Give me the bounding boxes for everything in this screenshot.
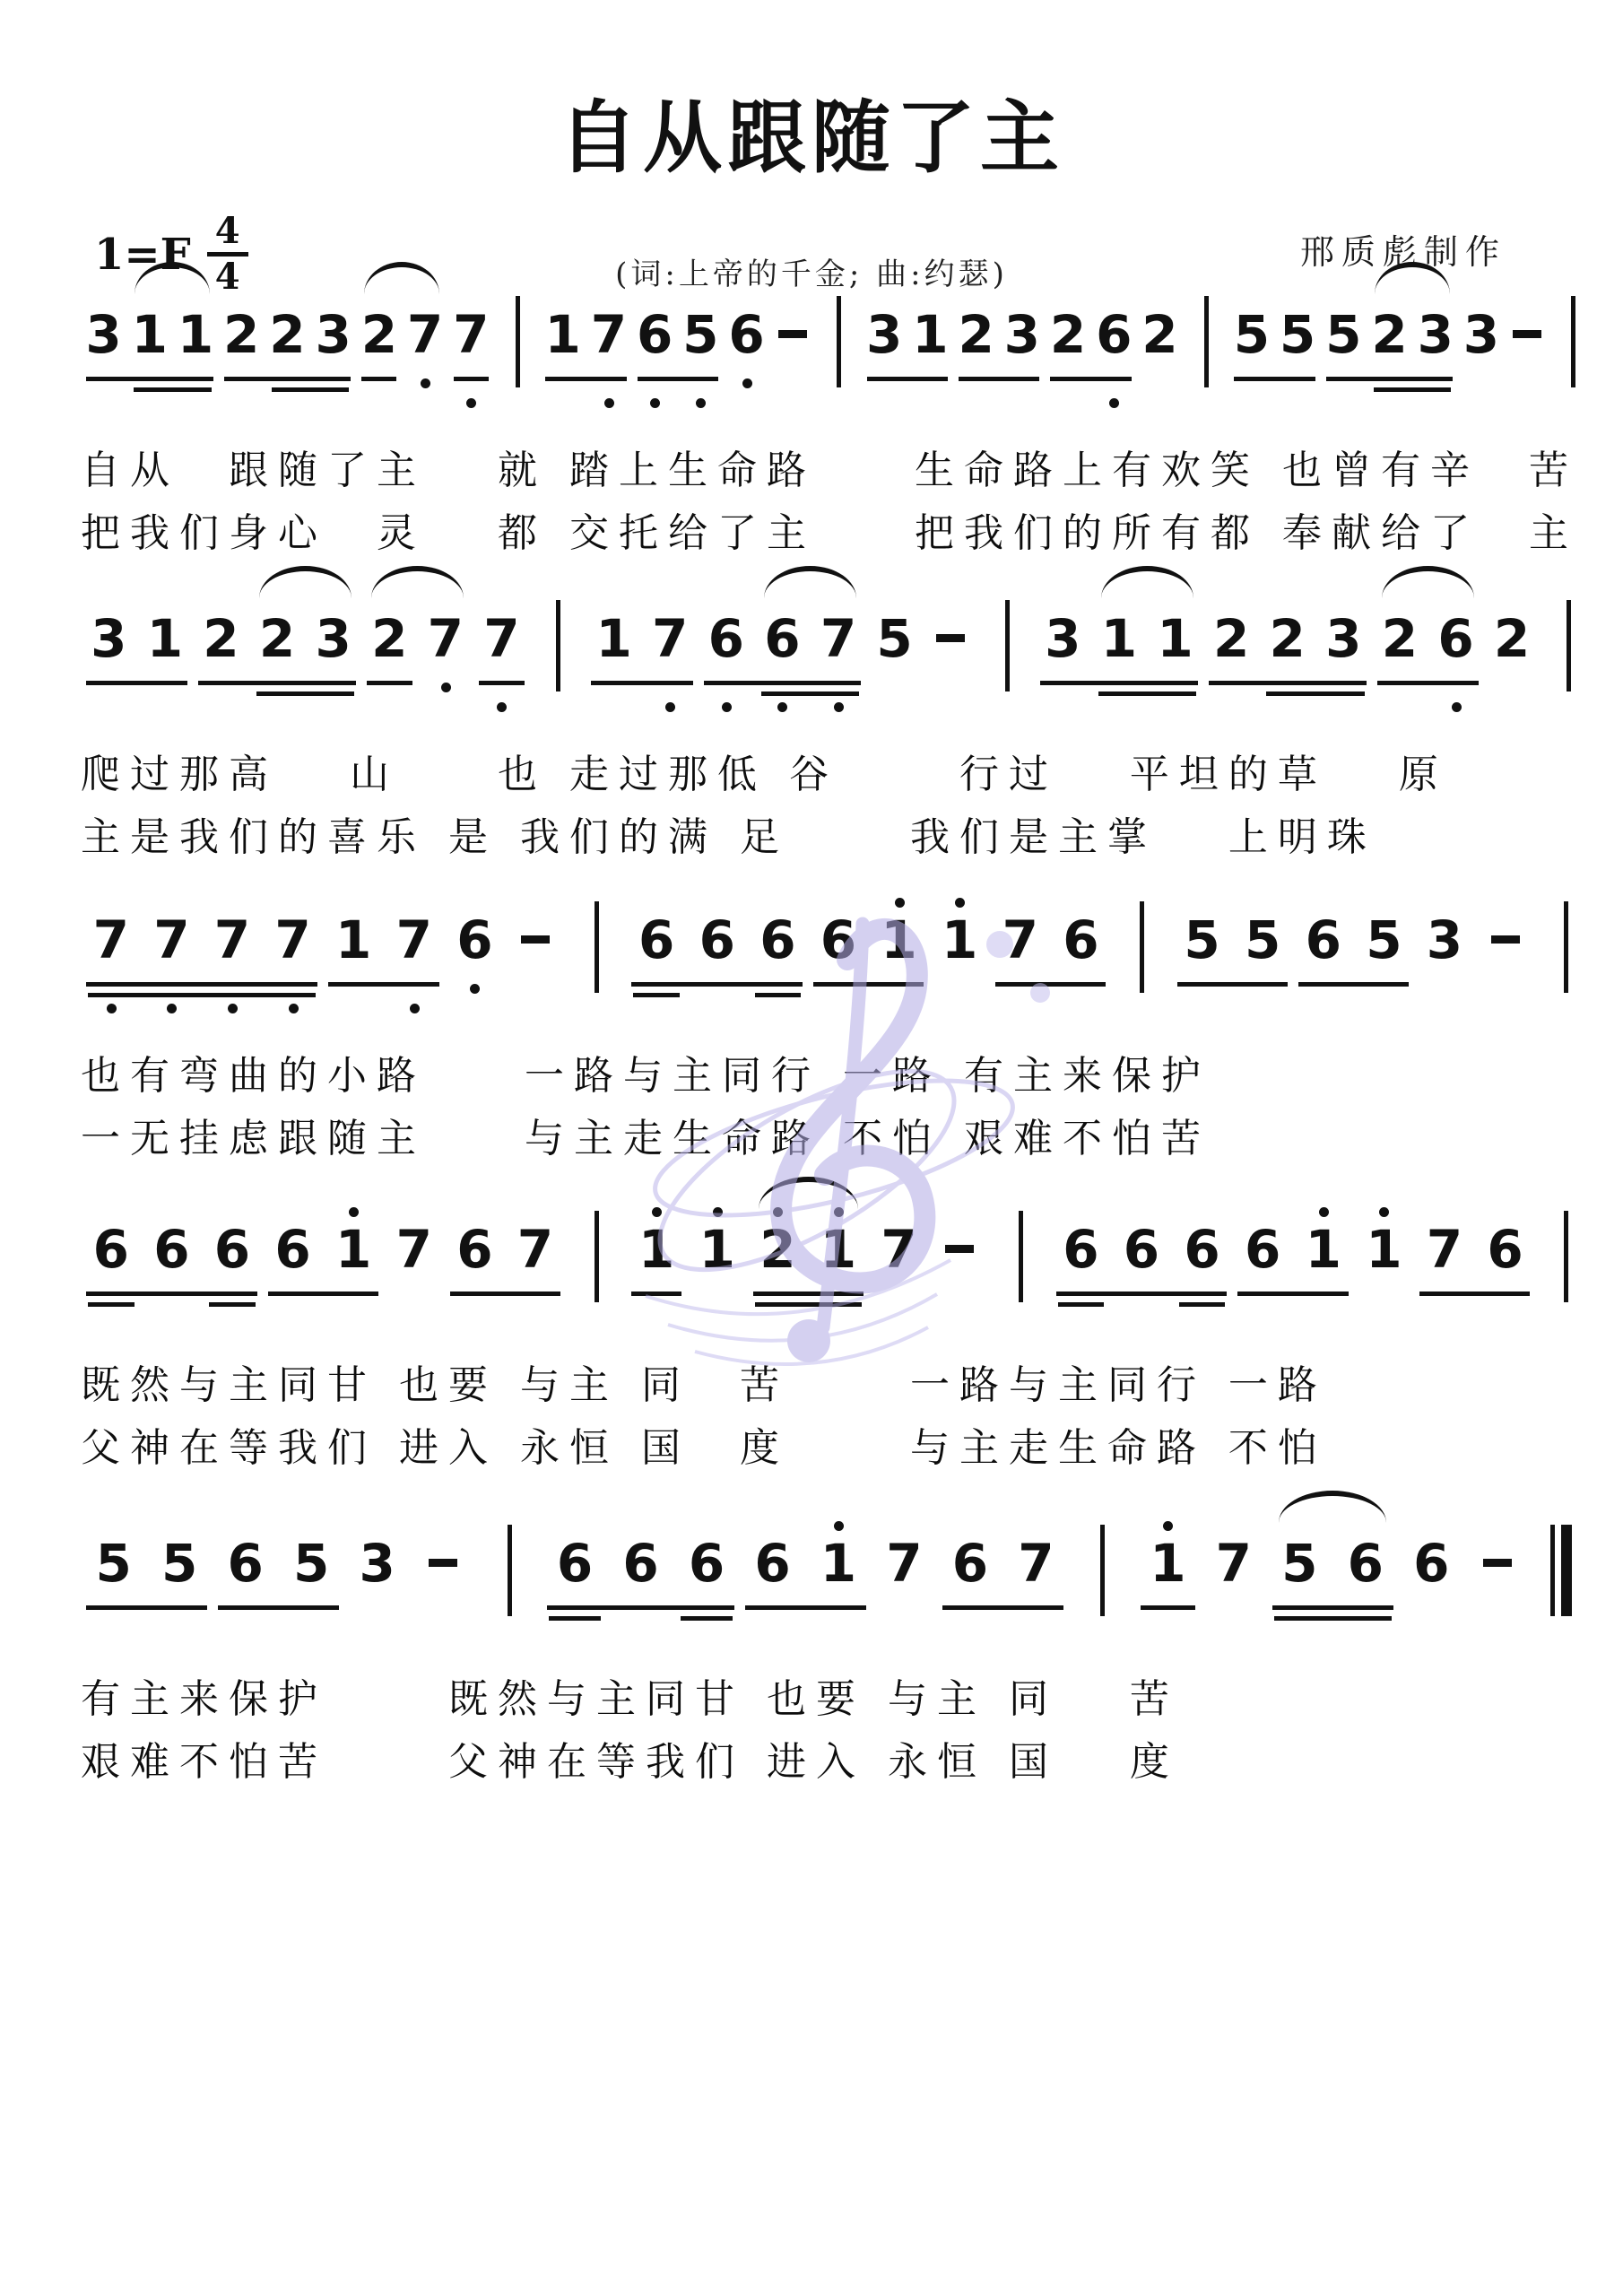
music-system-4: 666617671121766661176既然与主同甘 也要 与主 同 苦 一路… bbox=[81, 1218, 1596, 1321]
beam-line-1 bbox=[704, 681, 862, 685]
note: 6 bbox=[213, 1532, 278, 1596]
note: 7 bbox=[473, 607, 530, 672]
beam-line-1 bbox=[942, 1605, 1063, 1610]
beam-line-2 bbox=[633, 993, 680, 997]
note: 2 bbox=[748, 1218, 809, 1283]
slur-arc bbox=[1101, 566, 1193, 598]
note: 5 bbox=[1321, 303, 1367, 368]
beam-line-1 bbox=[1237, 1291, 1348, 1296]
note: 3 bbox=[81, 303, 126, 368]
note: 1 bbox=[1293, 1218, 1354, 1283]
octave-dot-below bbox=[228, 1004, 238, 1013]
beam-line-1 bbox=[86, 377, 213, 381]
note: 7 bbox=[642, 607, 699, 672]
note: 6 bbox=[1428, 607, 1484, 672]
beam-line-1 bbox=[479, 681, 525, 685]
note: 7 bbox=[1414, 1218, 1475, 1283]
beam-line-1 bbox=[224, 377, 352, 381]
note: 1 bbox=[126, 303, 172, 368]
octave-dot-below bbox=[1109, 398, 1119, 408]
octave-dot-below bbox=[470, 984, 480, 994]
beam-line-2 bbox=[755, 993, 802, 997]
note: 5 bbox=[1267, 1532, 1332, 1596]
note: 6 bbox=[1051, 1218, 1112, 1283]
octave-dot-below bbox=[742, 378, 752, 388]
note: 7 bbox=[1003, 1532, 1069, 1596]
beam-line-2 bbox=[549, 1616, 600, 1621]
note: 1 bbox=[323, 1218, 384, 1283]
beam-line-2 bbox=[88, 993, 316, 997]
note: 3 bbox=[1458, 303, 1504, 368]
note: 5 bbox=[1275, 303, 1321, 368]
note: 5 bbox=[1172, 909, 1233, 973]
notes-row: 556536666176717566 bbox=[81, 1532, 1596, 1635]
note: 3 bbox=[1414, 909, 1475, 973]
notes-row: 311223277176563123262555233 bbox=[81, 303, 1596, 406]
octave-dot-below bbox=[441, 683, 451, 692]
duration-dash bbox=[1483, 1559, 1512, 1567]
beam-line-2 bbox=[209, 1302, 256, 1307]
barline bbox=[1564, 901, 1568, 993]
note: 3 bbox=[310, 303, 356, 368]
note: 1 bbox=[1091, 607, 1148, 672]
barline bbox=[556, 600, 560, 691]
beam-line-1 bbox=[1209, 681, 1367, 685]
beam-line-2 bbox=[1058, 1302, 1105, 1307]
note: 6 bbox=[542, 1532, 607, 1596]
note: 6 bbox=[740, 1532, 805, 1596]
note: 6 bbox=[81, 1218, 142, 1283]
note: 3 bbox=[305, 607, 361, 672]
beam-line-2 bbox=[681, 1616, 732, 1621]
note: 3 bbox=[1035, 607, 1091, 672]
beam-line-1 bbox=[454, 377, 489, 381]
octave-dot-below bbox=[167, 1004, 177, 1013]
note: 2 bbox=[1372, 607, 1428, 672]
lyric-line-verse-2: 一无挂虑跟随主 与主走生命路 不怕 艰难不怕苦 bbox=[81, 1106, 1211, 1163]
note: 7 bbox=[872, 1532, 937, 1596]
beam-line-1 bbox=[1234, 377, 1315, 381]
barline bbox=[595, 1211, 599, 1302]
lyric-line-verse-1: 有主来保护 既然与主同甘 也要 与主 同 苦 bbox=[81, 1666, 1179, 1724]
slur-arc bbox=[259, 566, 352, 598]
beam-line-2 bbox=[88, 1302, 135, 1307]
note: 2 bbox=[356, 303, 402, 368]
note: 7 bbox=[142, 909, 203, 973]
lyric-line-verse-1: 也有弯曲的小路 一路与主同行 一路 有主来保护 bbox=[81, 1043, 1211, 1100]
octave-dot-above bbox=[652, 1207, 662, 1217]
barline bbox=[1100, 1525, 1105, 1616]
octave-dot-above bbox=[895, 898, 905, 908]
lyric-line-verse-2: 主是我们的喜乐 是 我们的满 足 我们是主掌 上明珠 bbox=[81, 804, 1376, 862]
note: 1 bbox=[929, 909, 990, 973]
note: 6 bbox=[445, 1218, 506, 1283]
beam-line-1 bbox=[867, 377, 948, 381]
time-numerator: 4 bbox=[215, 213, 240, 249]
note: 5 bbox=[1354, 909, 1415, 973]
note: 3 bbox=[999, 303, 1045, 368]
barline bbox=[1571, 296, 1575, 387]
barline bbox=[508, 1525, 512, 1616]
beam-line-1 bbox=[86, 1605, 207, 1610]
note: 6 bbox=[1172, 1218, 1233, 1283]
music-system-3: 77771766666117655653也有弯曲的小路 一路与主同行 一路 有主… bbox=[81, 909, 1596, 1012]
beam-line-1 bbox=[268, 1291, 378, 1296]
octave-dot-above bbox=[1379, 1207, 1389, 1217]
note: 7 bbox=[869, 1218, 930, 1283]
note: 3 bbox=[1412, 303, 1458, 368]
octave-dot-below bbox=[421, 378, 430, 388]
note: 7 bbox=[384, 909, 445, 973]
octave-dot-below bbox=[466, 398, 476, 408]
note: 7 bbox=[1201, 1532, 1266, 1596]
beam-line-1 bbox=[86, 982, 317, 987]
beam-line-1 bbox=[328, 982, 438, 987]
beam-line-1 bbox=[1177, 982, 1288, 987]
beam-line-1 bbox=[1040, 681, 1198, 685]
octave-dot-above bbox=[955, 898, 965, 908]
octave-dot-below bbox=[604, 398, 614, 408]
note: 1 bbox=[1135, 1532, 1201, 1596]
barline bbox=[1019, 1211, 1023, 1302]
note: 6 bbox=[724, 303, 769, 368]
lyric-line-verse-2: 父神在等我们 进入 永恒 国 度 与主走生命路 不怕 bbox=[81, 1415, 1327, 1473]
octave-dot-below bbox=[1452, 702, 1462, 712]
beam-line-2 bbox=[1266, 691, 1364, 696]
slur-arc bbox=[371, 566, 464, 598]
beam-line-1 bbox=[745, 1605, 866, 1610]
final-barline-thick bbox=[1561, 1525, 1572, 1616]
beam-line-1 bbox=[1056, 1291, 1228, 1296]
slur-arc bbox=[1382, 566, 1474, 598]
octave-dot-above bbox=[834, 1521, 844, 1531]
beam-line-1 bbox=[86, 681, 187, 685]
beam-line-2 bbox=[1179, 1302, 1226, 1307]
note: 1 bbox=[586, 607, 642, 672]
barline bbox=[1140, 901, 1144, 993]
note: 7 bbox=[81, 909, 142, 973]
octave-dot-above bbox=[1163, 1521, 1173, 1531]
beam-line-1 bbox=[1298, 982, 1409, 987]
slur-arc bbox=[764, 566, 856, 598]
note: 1 bbox=[869, 909, 930, 973]
beam-line-1 bbox=[959, 377, 1039, 381]
note: 6 bbox=[1051, 909, 1112, 973]
barline bbox=[595, 901, 599, 993]
final-barline-thin bbox=[1550, 1525, 1555, 1616]
beam-line-2 bbox=[1098, 691, 1196, 696]
note: 6 bbox=[1293, 909, 1354, 973]
octave-dot-above bbox=[1319, 1207, 1329, 1217]
note: 5 bbox=[146, 1532, 212, 1596]
beam-line-2 bbox=[1374, 387, 1451, 392]
note: 1 bbox=[687, 1218, 748, 1283]
note: 2 bbox=[1203, 607, 1260, 672]
note: 2 bbox=[249, 607, 306, 672]
note: 7 bbox=[811, 607, 867, 672]
lyric-line-verse-1: 既然与主同甘 也要 与主 同 苦 一路与主同行 一路 bbox=[81, 1352, 1327, 1410]
beam-line-1 bbox=[361, 377, 396, 381]
note: 6 bbox=[608, 1532, 673, 1596]
note: 6 bbox=[808, 909, 869, 973]
note: 1 bbox=[626, 1218, 687, 1283]
notes-row: 666617671121766661176 bbox=[81, 1218, 1596, 1321]
beam-line-1 bbox=[450, 1291, 560, 1296]
note: 6 bbox=[1232, 1218, 1293, 1283]
beam-line-1 bbox=[86, 1291, 257, 1296]
lyric-line-verse-2: 把我们身心 灵 都 交托给了主 把我们的所有都 奉献给了 主 bbox=[81, 500, 1578, 558]
beam-line-1 bbox=[547, 1605, 733, 1610]
note: 1 bbox=[808, 1218, 869, 1283]
note: 6 bbox=[1399, 1532, 1464, 1596]
note: 3 bbox=[862, 303, 907, 368]
note: 3 bbox=[344, 1532, 410, 1596]
note: 5 bbox=[1228, 303, 1274, 368]
note: 5 bbox=[278, 1532, 343, 1596]
barline bbox=[837, 296, 841, 387]
beam-line-1 bbox=[813, 982, 924, 987]
note: 3 bbox=[81, 607, 137, 672]
octave-dot-above bbox=[349, 1207, 359, 1217]
notes-row: 77771766666117655653 bbox=[81, 909, 1596, 1012]
beam-line-2 bbox=[755, 1302, 862, 1307]
barline bbox=[1204, 296, 1209, 387]
barline bbox=[1564, 1211, 1568, 1302]
music-system-2: 31223277176675311223262爬过那高 山 也 走过那低 谷 行… bbox=[81, 607, 1596, 710]
beam-line-1 bbox=[1272, 1605, 1393, 1610]
duration-dash bbox=[429, 1559, 457, 1567]
beam-line-1 bbox=[631, 982, 803, 987]
lyric-line-verse-2: 艰难不怕苦 父神在等我们 进入 永恒 国 度 bbox=[81, 1729, 1179, 1787]
note: 6 bbox=[445, 909, 506, 973]
slur-arc bbox=[759, 1177, 858, 1209]
duration-dash bbox=[521, 935, 550, 944]
music-system-5: 556536666176717566有主来保护 既然与主同甘 也要 与主 同 苦… bbox=[81, 1532, 1596, 1635]
note: 6 bbox=[263, 1218, 324, 1283]
beam-line-1 bbox=[995, 982, 1106, 987]
beam-line-1 bbox=[1326, 377, 1454, 381]
beam-line-1 bbox=[367, 681, 412, 685]
note: 2 bbox=[1259, 607, 1315, 672]
note: 2 bbox=[193, 607, 249, 672]
note: 1 bbox=[540, 303, 586, 368]
sheet-music-page: 自从跟随了主 1=F 4 4 (词:上帝的千金; 曲:约瑟) 邢质彪制作 311… bbox=[0, 0, 1623, 2296]
octave-dot-above bbox=[713, 1207, 723, 1217]
note: 6 bbox=[1111, 1218, 1172, 1283]
note: 6 bbox=[632, 303, 678, 368]
note: 7 bbox=[586, 303, 631, 368]
duration-dash bbox=[778, 330, 807, 338]
duration-dash bbox=[945, 1245, 974, 1253]
note: 5 bbox=[81, 1532, 146, 1596]
note: 7 bbox=[418, 607, 474, 672]
note: 7 bbox=[402, 303, 447, 368]
beam-line-1 bbox=[753, 1291, 864, 1296]
note: 7 bbox=[505, 1218, 566, 1283]
lyric-line-verse-1: 爬过那高 山 也 走过那低 谷 行过 平坦的草 原 bbox=[81, 742, 1448, 799]
note: 1 bbox=[137, 607, 194, 672]
note: 6 bbox=[754, 607, 811, 672]
barline bbox=[1005, 600, 1010, 691]
song-title: 自从跟随了主 bbox=[0, 75, 1623, 188]
note: 1 bbox=[1354, 1218, 1415, 1283]
note: 2 bbox=[1045, 303, 1090, 368]
note: 1 bbox=[172, 303, 218, 368]
duration-dash bbox=[936, 634, 965, 642]
note: 1 bbox=[805, 1532, 871, 1596]
note: 5 bbox=[678, 303, 724, 368]
beam-line-2 bbox=[256, 691, 354, 696]
note: 6 bbox=[1091, 303, 1137, 368]
note: 2 bbox=[361, 607, 418, 672]
beam-line-1 bbox=[1050, 377, 1131, 381]
beam-line-1 bbox=[545, 377, 626, 381]
lyric-line-verse-1: 自从 跟随了主 就 踏上生命路 生命路上有欢笑 也曾有辛 苦 bbox=[81, 438, 1578, 495]
beam-line-2 bbox=[134, 387, 211, 392]
beam-line-1 bbox=[218, 1605, 339, 1610]
note: 1 bbox=[1147, 607, 1203, 672]
note: 3 bbox=[1315, 607, 1372, 672]
note: 6 bbox=[748, 909, 809, 973]
octave-dot-below bbox=[777, 702, 787, 712]
note: 5 bbox=[1232, 909, 1293, 973]
note: 2 bbox=[1367, 303, 1412, 368]
beam-line-1 bbox=[591, 681, 692, 685]
beam-line-2 bbox=[761, 691, 859, 696]
duration-dash bbox=[1491, 935, 1520, 944]
note: 7 bbox=[448, 303, 494, 368]
beam-line-1 bbox=[1377, 681, 1479, 685]
duration-dash bbox=[1513, 330, 1541, 338]
note: 7 bbox=[202, 909, 263, 973]
octave-dot-below bbox=[696, 398, 706, 408]
music-system-1: 311223277176563123262555233自从 跟随了主 就 踏上生… bbox=[81, 303, 1596, 406]
note: 2 bbox=[953, 303, 999, 368]
note: 7 bbox=[263, 909, 324, 973]
octave-dot-below bbox=[289, 1004, 299, 1013]
note: 7 bbox=[990, 909, 1051, 973]
note: 1 bbox=[323, 909, 384, 973]
octave-dot-below bbox=[834, 702, 844, 712]
octave-dot-below bbox=[107, 1004, 117, 1013]
note: 6 bbox=[937, 1532, 1002, 1596]
note: 5 bbox=[866, 607, 923, 672]
note: 7 bbox=[384, 1218, 445, 1283]
octave-dot-below bbox=[665, 702, 675, 712]
note: 6 bbox=[699, 607, 755, 672]
note: 6 bbox=[1475, 1218, 1536, 1283]
note: 2 bbox=[265, 303, 310, 368]
note: 6 bbox=[687, 909, 748, 973]
beam-line-1 bbox=[631, 1291, 681, 1296]
beam-line-1 bbox=[638, 377, 718, 381]
octave-dot-below bbox=[410, 1004, 420, 1013]
note: 2 bbox=[219, 303, 265, 368]
beam-line-2 bbox=[1274, 1616, 1392, 1621]
beam-line-1 bbox=[198, 681, 356, 685]
note: 6 bbox=[202, 1218, 263, 1283]
note: 6 bbox=[673, 1532, 739, 1596]
note: 6 bbox=[626, 909, 687, 973]
note: 2 bbox=[1137, 303, 1183, 368]
slur-arc bbox=[1279, 1491, 1387, 1523]
barline bbox=[1567, 600, 1571, 691]
note: 2 bbox=[1484, 607, 1541, 672]
octave-dot-below bbox=[497, 702, 507, 712]
note: 6 bbox=[142, 1218, 203, 1283]
notes-row: 31223277176675311223262 bbox=[81, 607, 1596, 710]
octave-dot-below bbox=[722, 702, 732, 712]
note: 6 bbox=[1332, 1532, 1398, 1596]
note: 1 bbox=[907, 303, 953, 368]
beam-line-1 bbox=[1419, 1291, 1530, 1296]
octave-dot-below bbox=[650, 398, 660, 408]
beam-line-1 bbox=[1141, 1605, 1195, 1610]
beam-line-2 bbox=[272, 387, 349, 392]
barline bbox=[516, 296, 520, 387]
